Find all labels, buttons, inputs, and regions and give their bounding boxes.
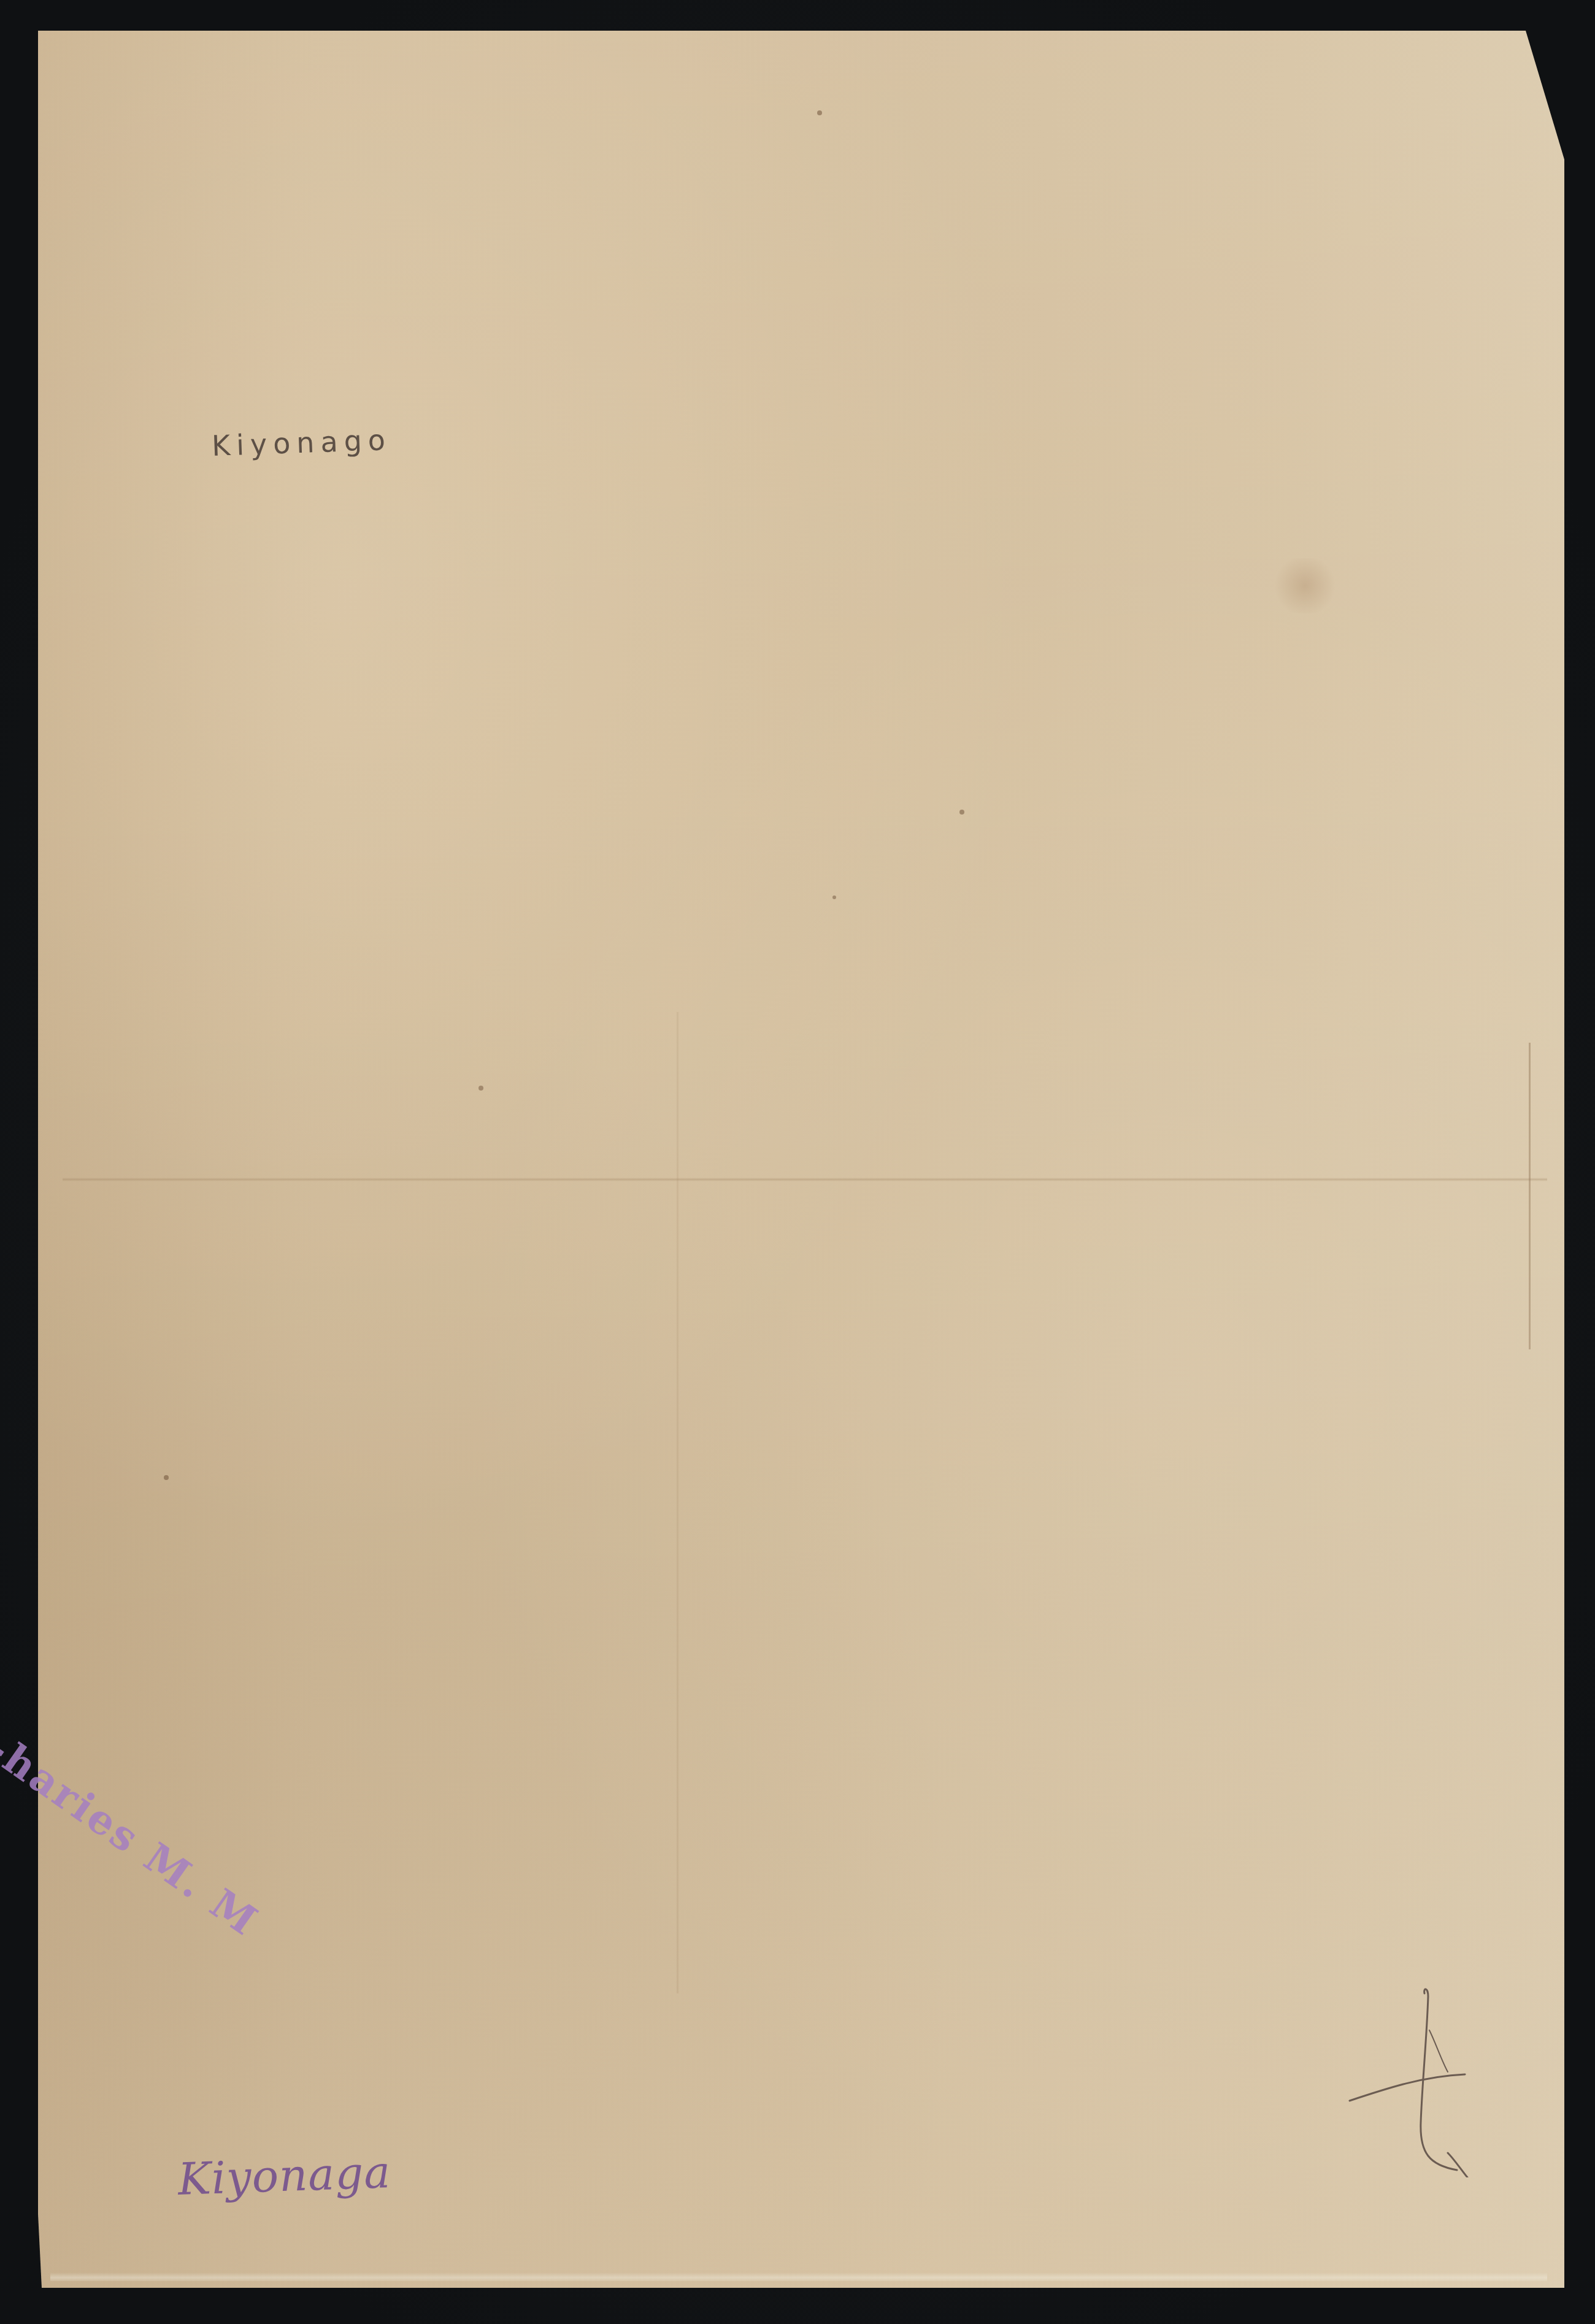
right-edge-tear <box>1529 1043 1531 1349</box>
paper-spot <box>164 1475 169 1480</box>
paper-spot <box>832 895 836 899</box>
pencil-character-mark-icon <box>1331 1975 1503 2177</box>
paper-spot <box>479 1086 483 1091</box>
artist-name-script-stamp: Kiyonaga <box>177 2146 392 2205</box>
paper-stain <box>1271 558 1339 613</box>
vertical-fold-crease <box>676 1012 679 1993</box>
horizontal-fold-crease <box>63 1178 1547 1181</box>
bottom-edge-wear <box>50 2272 1547 2281</box>
paper-sheet <box>38 31 1564 2288</box>
paper-spot <box>817 110 822 115</box>
paper-spot <box>959 810 964 815</box>
pencil-inscription-artist-name: Kiyonago <box>211 423 392 462</box>
